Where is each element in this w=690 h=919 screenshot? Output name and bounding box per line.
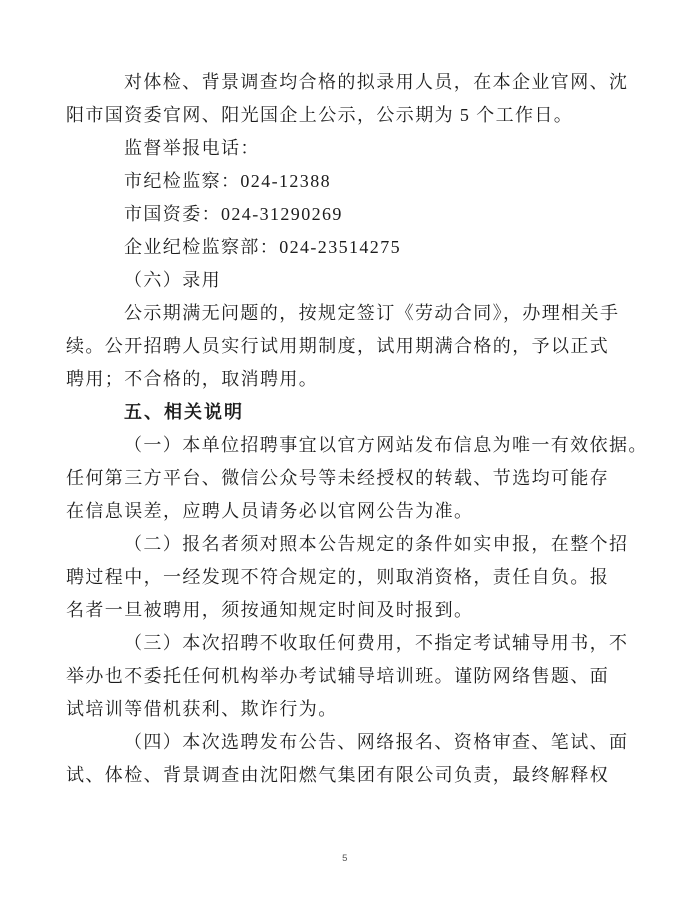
para-publicity-line: 对体检、背景调查均合格的拟录用人员，在本企业官网、沈 [66,66,624,99]
document-body: 对体检、背景调查均合格的拟录用人员，在本企业官网、沈 阳市国资委官网、阳光国企上… [66,66,624,792]
para-hiring-line: 续。公开招聘人员实行试用期制度，试用期满合格的，予以正式 [66,330,624,363]
subheading-hiring: （六）录用 [66,264,624,297]
para-note-3-line: 试培训等借机获利、欺诈行为。 [66,693,624,726]
para-note-3-line: 举办也不委托任何机构举办考试辅导培训班。谨防网络售题、面 [66,660,624,693]
para-note-1-line: 任何第三方平台、微信公众号等未经授权的转载、节选均可能存 [66,462,624,495]
document-page: 对体检、背景调查均合格的拟录用人员，在本企业官网、沈 阳市国资委官网、阳光国企上… [0,0,690,919]
para-note-1-line: （一）本单位招聘事宜以官方网站发布信息为唯一有效依据。 [66,429,624,462]
para-note-4-line: 试、体检、背景调查由沈阳燃气集团有限公司负责，最终解释权 [66,759,624,792]
para-hiring-line: 公示期满无问题的，按规定签订《劳动合同》，办理相关手 [66,297,624,330]
para-note-4-line: （四）本次选聘发布公告、网络报名、资格审查、笔试、面 [66,726,624,759]
page-footer: 5 [0,848,690,866]
para-note-2-line: 聘过程中，一经发现不符合规定的，则取消资格，责任自负。报 [66,561,624,594]
supervision-hotline-label: 监督举报电话： [66,132,624,165]
page-number: 5 [342,853,348,864]
phone-line-sasac: 市国资委：024-31290269 [66,198,624,231]
para-hiring-line: 聘用；不合格的，取消聘用。 [66,363,624,396]
para-note-2-line: 名者一旦被聘用，须按通知规定时间及时报到。 [66,594,624,627]
para-note-1-line: 在信息误差，应聘人员请务必以官网公告为准。 [66,495,624,528]
phone-line-discipline-inspection: 市纪检监察：024-12388 [66,165,624,198]
para-note-2-line: （二）报名者须对照本公告规定的条件如实申报，在整个招 [66,528,624,561]
section-heading-related-notes: 五、相关说明 [66,396,624,429]
para-note-3-line: （三）本次招聘不收取任何费用，不指定考试辅导用书，不 [66,627,624,660]
phone-line-company-discipline: 企业纪检监察部：024-23514275 [66,231,624,264]
para-publicity-line: 阳市国资委官网、阳光国企上公示，公示期为 5 个工作日。 [66,99,624,132]
